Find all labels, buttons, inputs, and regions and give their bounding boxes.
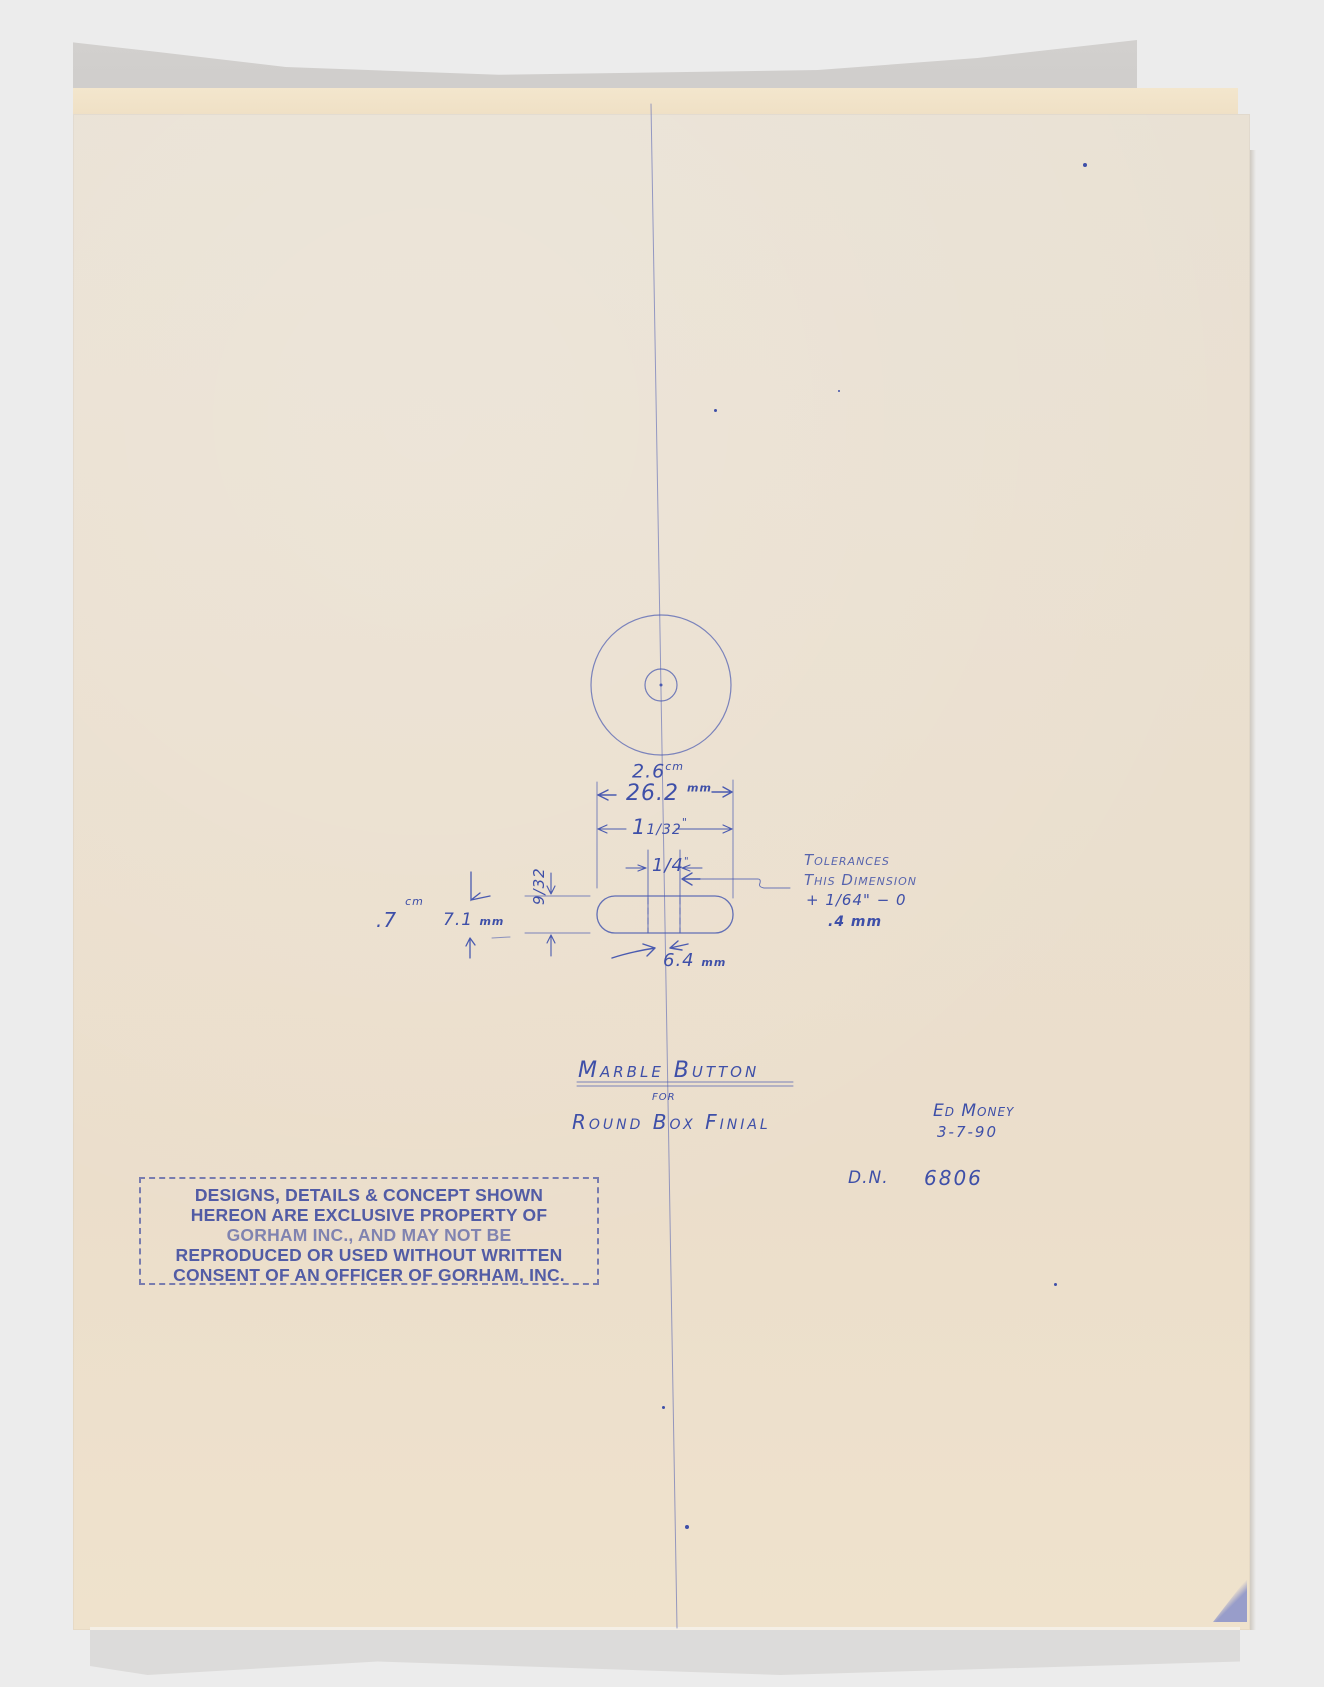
ink-speck bbox=[662, 1406, 665, 1409]
drawing-subtitle: Round Box Finial bbox=[572, 1110, 771, 1134]
ink-speck bbox=[838, 390, 840, 392]
gorham-property-stamp: DESIGNS, DETAILS & CONCEPT SHOWN HEREON … bbox=[139, 1177, 599, 1285]
height-inch-dimension: 9/32 bbox=[530, 867, 548, 905]
ink-speck bbox=[1083, 163, 1087, 167]
ink-speck bbox=[685, 1525, 689, 1529]
tolerances-line3: + 1/64" − 0 bbox=[806, 891, 907, 909]
hole-mm-dimension: 6.4 mm bbox=[663, 950, 726, 971]
width-mm-dimension: 26.2 mm bbox=[626, 781, 712, 806]
dn-number: 6806 bbox=[924, 1166, 983, 1190]
tolerances-line1: Tolerances bbox=[804, 851, 890, 869]
width-inch-dimension: 11/32" bbox=[632, 815, 688, 839]
tolerances-line2: This Dimension bbox=[804, 871, 917, 889]
stamp-line: CONSENT OF AN OFFICER OF GORHAM, INC. bbox=[141, 1265, 597, 1285]
ink-speck bbox=[1054, 1283, 1057, 1286]
designer-name: Ed Money bbox=[933, 1101, 1014, 1121]
drawing-date: 3-7-90 bbox=[937, 1123, 998, 1141]
dn-label: D.N. bbox=[848, 1168, 889, 1188]
drawing-title: Marble Button bbox=[578, 1058, 759, 1083]
height-cm-dimension: .7cm bbox=[376, 908, 416, 932]
ink-speck bbox=[714, 409, 717, 412]
tolerances-line4: .4 mm bbox=[828, 914, 882, 930]
drawing-title-for: for bbox=[652, 1088, 676, 1104]
stamp-line: REPRODUCED OR USED WITHOUT WRITTEN bbox=[141, 1245, 597, 1265]
hole-inch-dimension: 1/4" bbox=[652, 855, 690, 876]
stamp-line: HEREON ARE EXCLUSIVE PROPERTY OF bbox=[141, 1205, 597, 1225]
technical-drawing bbox=[0, 0, 1324, 1687]
stamp-line: DESIGNS, DETAILS & CONCEPT SHOWN bbox=[141, 1185, 597, 1205]
top-view-dimension: 2.6cm bbox=[632, 760, 684, 782]
height-mm-dimension: 7.1 mm bbox=[443, 910, 504, 930]
stamp-line: GORHAM INC., AND MAY NOT BE bbox=[141, 1225, 597, 1245]
